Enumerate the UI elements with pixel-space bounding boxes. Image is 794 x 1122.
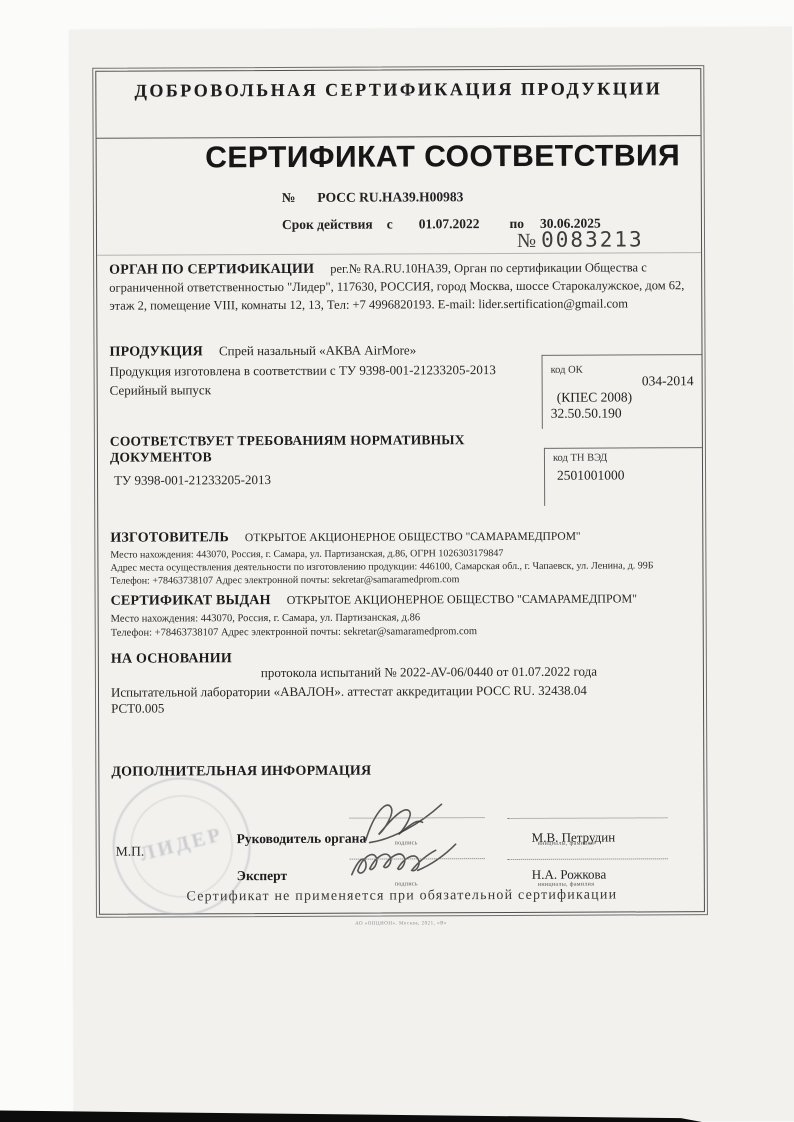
- section-conformity: СООТВЕТСТВУЕТ ТРЕБОВАНИЯМ НОРМАТИВНЫХ ДО…: [110, 432, 540, 490]
- certificate-title: СЕРТИФИКАТ СООТВЕТСТВИЯ: [97, 139, 701, 176]
- issued-to-name: ОТКРЫТОЕ АКЦИОНЕРНОЕ ОБЩЕСТВО "САМАРАМЕД…: [287, 591, 637, 607]
- conformity-label: СООТВЕТСТВУЕТ ТРЕБОВАНИЯМ НОРМАТИВНЫХ ДО…: [110, 432, 540, 466]
- form-print-info: АО «ОПЦИОН». Москва, 2021, «В»: [74, 920, 728, 928]
- manufacturer-name: ОТКРЫТОЕ АКЦИОНЕРНОЕ ОБЩЕСТВО "САМАРАМЕД…: [245, 531, 581, 544]
- certificate-number: РОСС RU.НА39.Н00983: [317, 189, 463, 205]
- expert-signature: [348, 838, 478, 885]
- code-tnved-value: 2501001000: [557, 467, 694, 484]
- product-line3: Серийный выпуск: [110, 380, 540, 399]
- product-name: Спрей назальный «АКВА AirMore»: [219, 342, 416, 358]
- code-ok-label: код ОК: [551, 365, 583, 376]
- mp-seal-label: М.П.: [116, 844, 145, 860]
- basis-line3: РСТ0.005: [111, 698, 687, 717]
- issued-to-line2: Телефон: +78463738107 Адрес электронной …: [111, 624, 687, 640]
- issued-to-label: СЕРТИФИКАТ ВЫДАН: [111, 593, 271, 609]
- manufacturer-line2: Адрес места осуществления деятельности п…: [110, 559, 686, 575]
- expert-role-label: Эксперт: [237, 868, 287, 884]
- serial-number-sign: №: [517, 230, 536, 252]
- conformity-value: ТУ 9398-001-21233205-2013: [114, 471, 540, 489]
- section-basis: НА ОСНОВАНИИ протокола испытаний № 2022-…: [111, 649, 687, 717]
- expert-signature-caption: подпись: [395, 881, 418, 887]
- divider-top: [97, 135, 701, 139]
- product-line2: Продукция изготовлена в соответствии с Т…: [110, 362, 540, 381]
- section-manufacturer: ИЗГОТОВИТЕЛЬОТКРЫТОЕ АКЦИОНЕРНОЕ ОБЩЕСТВ…: [110, 526, 686, 588]
- head-name-line: [508, 817, 668, 819]
- certificate-frame: ДОБРОВОЛЬНАЯ СЕРТИФИКАЦИЯ ПРОДУКЦИИ СЕРТ…: [95, 68, 705, 915]
- expert-name: Н.А. Рожкова: [532, 867, 607, 883]
- code-tnved-box: код ТН ВЭД 2501001000: [544, 447, 702, 506]
- section-certification-body: ОРГАН ПО СЕРТИФИКАЦИИрег.№ RA.RU.10НА39,…: [109, 258, 685, 315]
- section-additional-info: ДОПОЛНИТЕЛЬНАЯ ИНФОРМАЦИЯ: [111, 762, 687, 781]
- divider-serial: [97, 252, 701, 256]
- blank-serial-number: 0083213: [541, 227, 644, 251]
- code-ok-value3: 32.50.50.190: [551, 405, 694, 422]
- scanned-certificate-page: ДОБРОВОЛЬНАЯ СЕРТИФИКАЦИЯ ПРОДУКЦИИ СЕРТ…: [0, 0, 794, 1122]
- additional-info-label: ДОПОЛНИТЕЛЬНАЯ ИНФОРМАЦИЯ: [111, 762, 687, 781]
- validity-label: Срок действия: [282, 217, 373, 232]
- code-tnved-label: код ТН ВЭД: [553, 452, 694, 464]
- code-ok-value2: (КПЕС 2008): [557, 389, 694, 406]
- organ-label: ОРГАН ПО СЕРТИФИКАЦИИ: [109, 262, 314, 278]
- code-ok-box: код ОК 034-2014 (КПЕС 2008) 32.50.50.190: [542, 354, 702, 429]
- form-header: ДОБРОВОЛЬНАЯ СЕРТИФИКАЦИЯ ПРОДУКЦИИ: [96, 78, 700, 102]
- certificate-number-row: №РОСС RU.НА39.Н00983: [282, 189, 464, 206]
- number-sign: №: [282, 190, 296, 205]
- paper-sheet: ДОБРОВОЛЬНАЯ СЕРТИФИКАЦИЯ ПРОДУКЦИИ СЕРТ…: [70, 27, 794, 1122]
- section-product: ПРОДУКЦИЯСпрей назальный «АКВА AirMore» …: [109, 341, 539, 399]
- footer-note: Сертификат не применяется при обязательн…: [100, 887, 704, 906]
- manufacturer-label: ИЗГОТОВИТЕЛЬ: [110, 530, 229, 546]
- expert-name-line: [508, 858, 668, 860]
- validity-from-date: 01.07.2022: [419, 216, 480, 231]
- head-name-caption: инициалы, фамилия: [538, 841, 594, 847]
- blank-serial-row: № 0083213: [517, 227, 644, 253]
- product-label: ПРОДУКЦИЯ: [109, 344, 203, 359]
- manufacturer-line3: Телефон: +78463738107 Адрес электронной …: [110, 572, 686, 588]
- section-issued-to: СЕРТИФИКАТ ВЫДАНОТКРЫТОЕ АКЦИОНЕРНОЕ ОБЩ…: [111, 589, 687, 640]
- validity-from-label: с: [387, 216, 393, 231]
- basis-line1: протокола испытаний № 2022-AV-06/0440 от…: [261, 663, 687, 681]
